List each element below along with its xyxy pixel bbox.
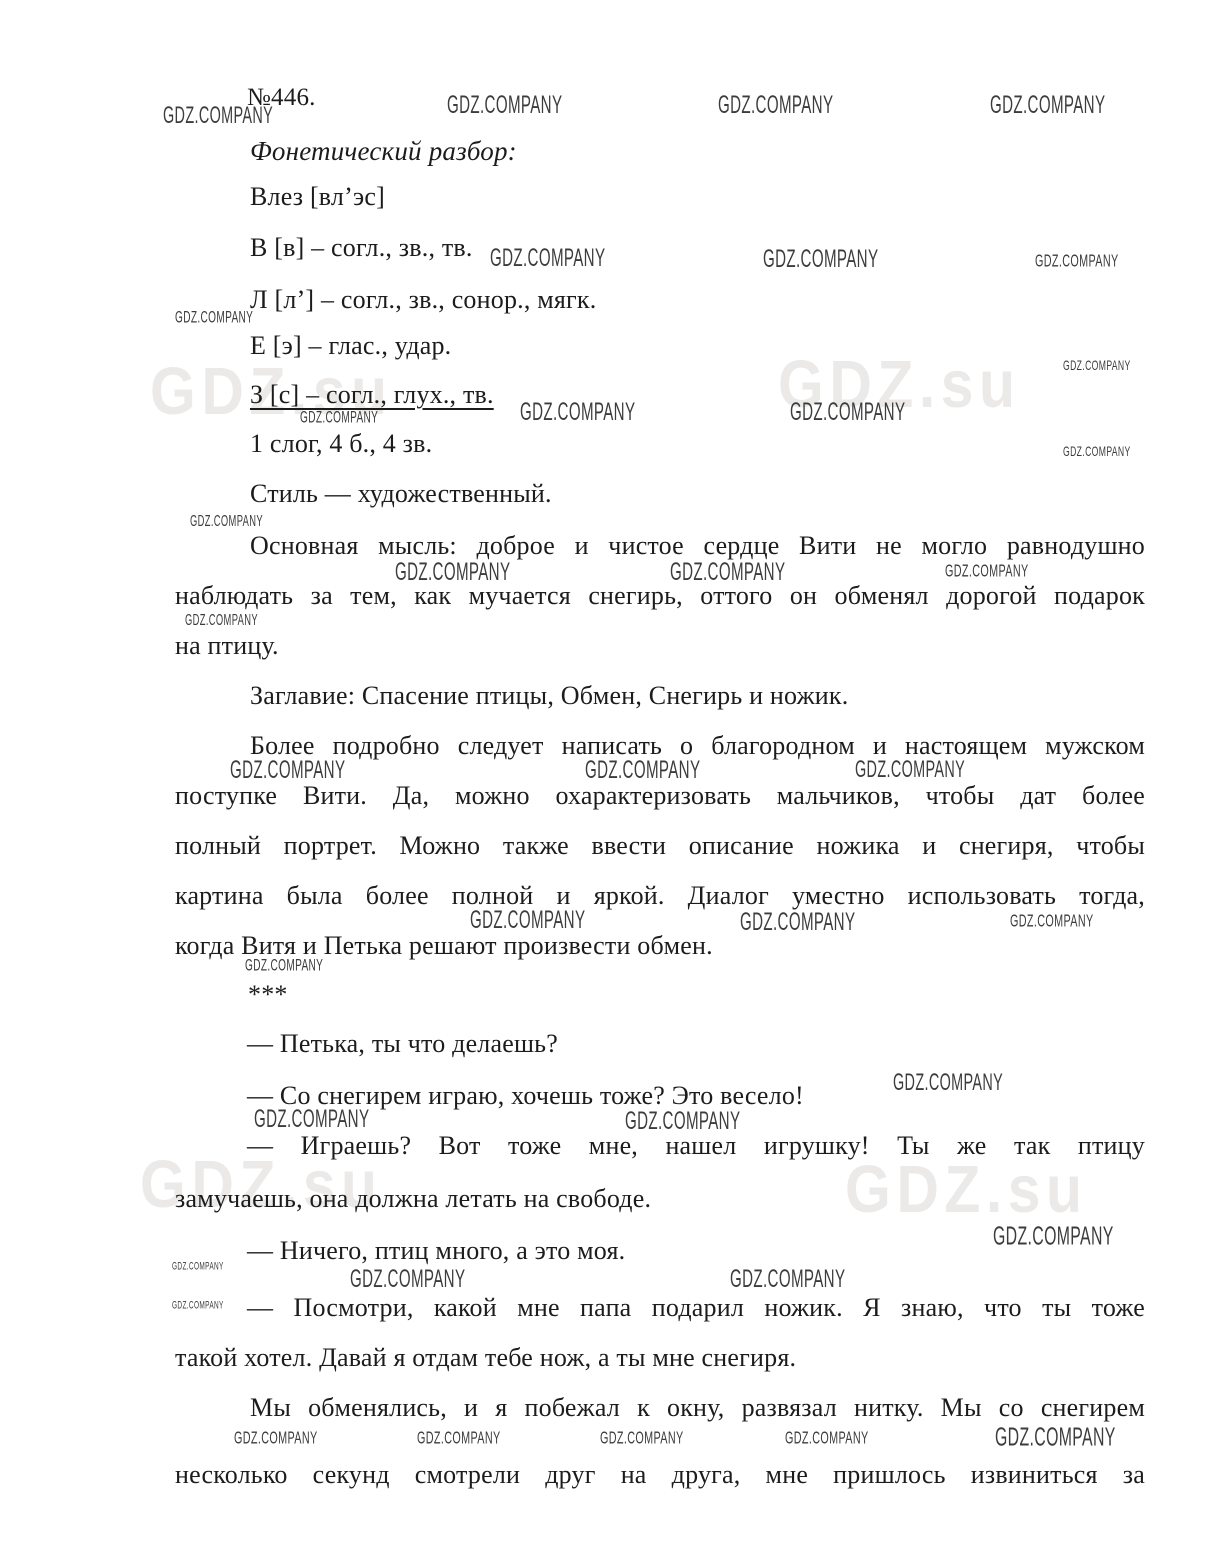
watermark: GDZ.COMPANY bbox=[763, 246, 878, 274]
watermark: GDZ.COMPANY bbox=[600, 1428, 684, 1448]
essay-line: когда Витя и Петька решают произвести об… bbox=[175, 931, 713, 961]
scanned-document-page: GDZ.su GDZ.su GDZ.su GDZ.su GDZ.COMPANY … bbox=[0, 0, 1231, 1541]
phonetic-line: Е [э] – глас., удар. bbox=[250, 331, 451, 361]
watermark: GDZ.COMPANY bbox=[718, 92, 833, 120]
watermark: GDZ.COMPANY bbox=[785, 1428, 869, 1448]
watermark: GDZ.COMPANY bbox=[190, 512, 263, 530]
essay-line: картина была более полной и яркой. Диало… bbox=[175, 881, 1145, 911]
watermark: GDZ.COMPANY bbox=[945, 561, 1029, 581]
narration-line: несколько секунд смотрели друг на друга,… bbox=[175, 1460, 1145, 1490]
watermark: GDZ.COMPANY bbox=[417, 1428, 501, 1448]
dialogue-line: такой хотел. Давай я отдам тебе нож, а т… bbox=[175, 1343, 796, 1373]
phonetic-summary: 1 слог, 4 б., 4 зв. bbox=[250, 429, 432, 459]
phonetic-line-underlined: З [с] – согл., глух., тв. bbox=[250, 380, 494, 410]
essay-line: поступке Вити. Да, можно охарактеризоват… bbox=[175, 781, 1145, 811]
style-line: Стиль — художественный. bbox=[250, 479, 552, 509]
main-idea-line: Основная мысль: доброе и чистое сердце В… bbox=[250, 531, 1145, 561]
essay-line: полный портрет. Можно также ввести описа… bbox=[175, 831, 1145, 861]
dialogue-line: — Посмотри, какой мне папа подарил ножик… bbox=[247, 1293, 1145, 1323]
watermark: GDZ.COMPANY bbox=[1035, 251, 1119, 271]
watermark: GDZ.COMPANY bbox=[185, 611, 258, 629]
watermark: GDZ.COMPANY bbox=[350, 1266, 465, 1294]
dialogue-line: — Со снегирем играю, хочешь тоже? Это ве… bbox=[247, 1081, 804, 1111]
title-options-line: Заглавие: Спасение птицы, Обмен, Снегирь… bbox=[250, 681, 848, 711]
watermark: GDZ.COMPANY bbox=[730, 1266, 845, 1294]
watermark: GDZ.COMPANY bbox=[893, 1070, 1003, 1097]
main-idea-line: на птицу. bbox=[175, 631, 279, 661]
watermark: GDZ.COMPANY bbox=[234, 1428, 318, 1448]
dialogue-line: — Ничего, птиц много, а это моя. bbox=[247, 1236, 625, 1266]
dialogue-line: — Играешь? Вот тоже мне, нашел игрушку! … bbox=[247, 1131, 1145, 1161]
phonetic-line: В [в] – согл., зв., тв. bbox=[250, 233, 473, 263]
dialogue-line: замучаешь, она должна летать на свободе. bbox=[175, 1184, 651, 1214]
watermark: GDZ.COMPANY bbox=[993, 1221, 1114, 1252]
watermark: GDZ.COMPANY bbox=[790, 399, 905, 427]
narration-line: Мы обменялись, и я побежал к окну, развя… bbox=[250, 1393, 1145, 1423]
essay-line: Более подробно следует написать о благор… bbox=[250, 731, 1145, 761]
dialogue-line: — Петька, ты что делаешь? bbox=[247, 1029, 558, 1059]
main-idea-line: наблюдать за тем, как мучается снегирь, … bbox=[175, 581, 1145, 611]
phonetic-line: Л [л’] – согл., зв., сонор., мягк. bbox=[250, 285, 596, 315]
watermark: GDZ.COMPANY bbox=[1010, 911, 1094, 931]
watermark: GDZ.COMPANY bbox=[520, 399, 635, 427]
watermark: GDZ.COMPANY bbox=[1063, 443, 1131, 460]
watermark: GDZ.COMPANY bbox=[1063, 357, 1131, 374]
watermark: GDZ.COMPANY bbox=[990, 92, 1105, 120]
phonetic-word: Влез [вл’эс] bbox=[250, 182, 385, 212]
exercise-number: №446. bbox=[247, 84, 316, 113]
watermark: GDZ.COMPANY bbox=[490, 245, 605, 273]
watermark: GDZ.COMPANY bbox=[740, 909, 855, 937]
watermark: GDZ.COMPANY bbox=[172, 1260, 224, 1272]
separator-asterisks: *** bbox=[248, 980, 288, 1010]
phonetic-heading: Фонетический разбор: bbox=[250, 136, 517, 167]
watermark: GDZ.COMPANY bbox=[447, 92, 562, 120]
watermark: GDZ.COMPANY bbox=[172, 1299, 224, 1311]
watermark: GDZ.COMPANY bbox=[995, 1422, 1116, 1453]
watermark: GDZ.COMPANY bbox=[175, 307, 253, 326]
background-watermark: GDZ.su bbox=[845, 1150, 1087, 1228]
